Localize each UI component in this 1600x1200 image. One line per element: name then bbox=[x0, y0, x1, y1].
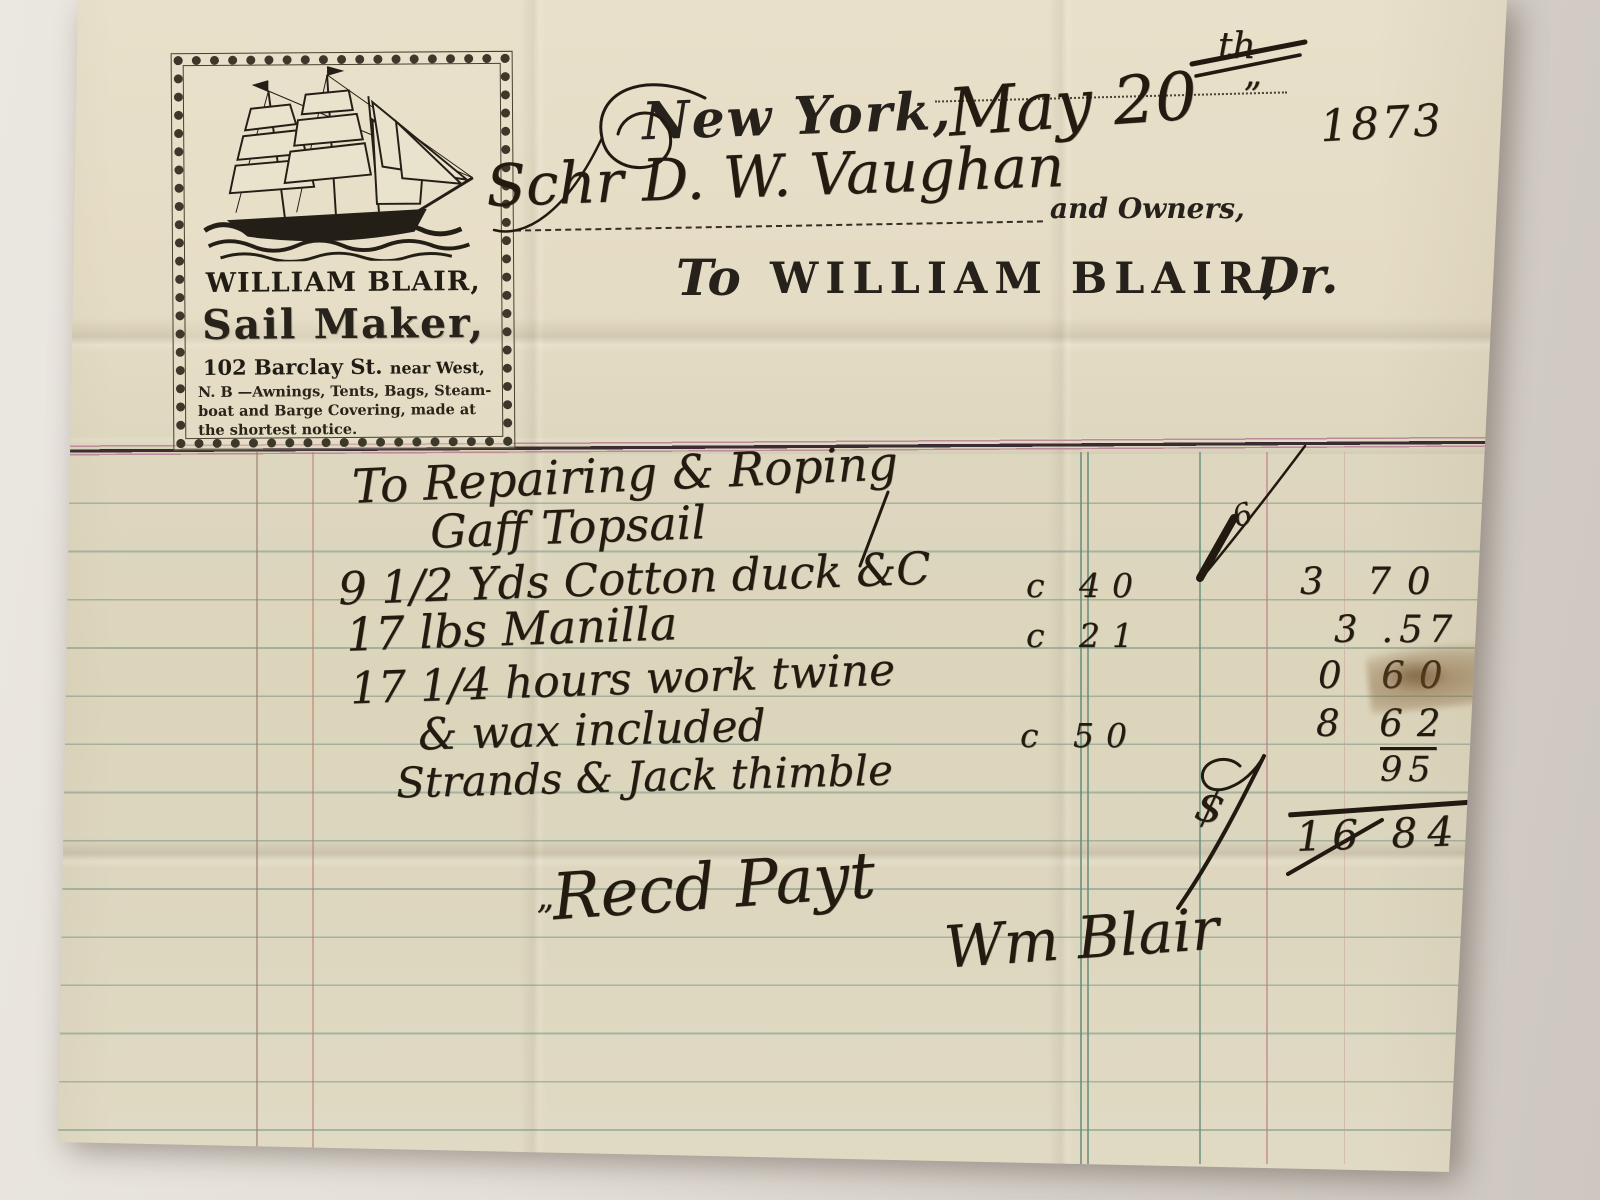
item-amount: 3 70 bbox=[1300, 560, 1446, 603]
stamp-street: 102 Barclay St. bbox=[203, 354, 383, 380]
stamp-proprietor-name: WILLIAM BLAIR, bbox=[185, 266, 501, 299]
handwritten-year: 1873 bbox=[1319, 95, 1445, 152]
money-column-rule-red bbox=[1266, 452, 1268, 1164]
quote-mark: ” bbox=[536, 898, 553, 938]
billhead-photo: WILLIAM BLAIR, Sail Maker, 102 Barclay S… bbox=[0, 0, 1600, 1200]
stamp-services-note: N. B —Awnings, Tents, Bags, Steam-boat a… bbox=[186, 378, 502, 439]
money-column-rule bbox=[1080, 452, 1082, 1164]
item-rate: c 21 bbox=[1026, 616, 1145, 655]
item-rate: c 50 bbox=[1020, 716, 1139, 755]
margin-rule-left bbox=[256, 452, 258, 1164]
item-desc: 17 lbs Manilla bbox=[345, 596, 678, 662]
stamp-ornate-border: WILLIAM BLAIR, Sail Maker, 102 Barclay S… bbox=[174, 54, 513, 448]
stamp-trade-name: Sail Maker, bbox=[185, 299, 501, 349]
stamp-street-note: near West, bbox=[390, 358, 485, 378]
date-superscript-mark: ” bbox=[1243, 76, 1261, 117]
money-column-rule bbox=[1087, 452, 1089, 1164]
printed-creditor-name: WILLIAM BLAIR, bbox=[770, 254, 1284, 304]
printed-owners: and Owners, bbox=[1050, 192, 1245, 225]
item-desc: Gaff Topsail bbox=[429, 495, 707, 559]
margin-rule-red bbox=[312, 452, 314, 1164]
total-amount: 16 84 bbox=[1295, 807, 1464, 861]
billhead-paper: WILLIAM BLAIR, Sail Maker, 102 Barclay S… bbox=[0, 0, 1600, 1200]
item-amount: 95 bbox=[1380, 750, 1437, 790]
printer-stamp: WILLIAM BLAIR, Sail Maker, 102 Barclay S… bbox=[171, 51, 516, 451]
struck-out-text: th bbox=[1218, 26, 1256, 67]
ink-stain bbox=[1380, 658, 1450, 692]
item-rate: c 40 bbox=[1026, 566, 1145, 605]
printed-dr: Dr. bbox=[1256, 246, 1339, 305]
stamp-address: 102 Barclay St. near West, bbox=[186, 353, 502, 380]
clipper-ship-engraving bbox=[192, 64, 493, 262]
printed-to: To bbox=[676, 248, 741, 307]
